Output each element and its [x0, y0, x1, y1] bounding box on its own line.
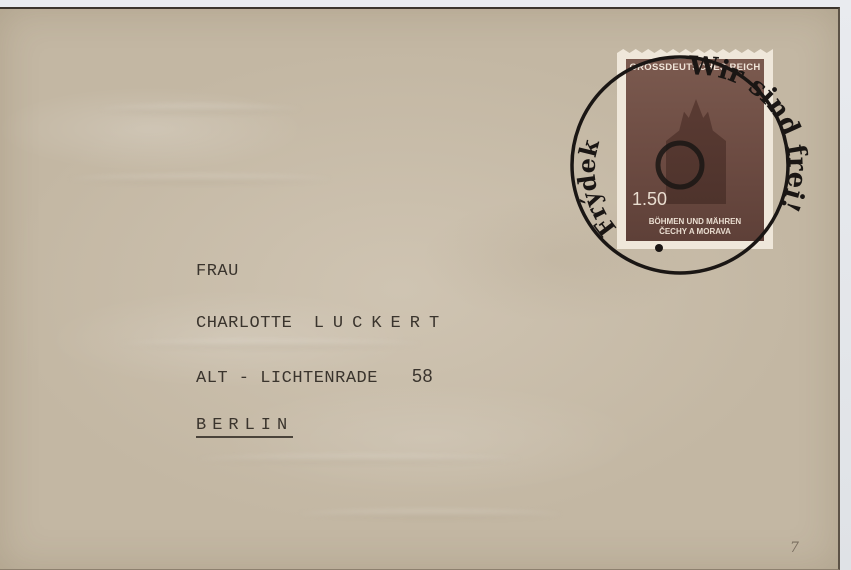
address-salutation: FRAU: [196, 262, 239, 281]
postmark-svg: Frýdek Wir sind frei!: [567, 52, 793, 278]
postmark-place: Frýdek: [572, 135, 622, 242]
pencil-mark: 7: [790, 540, 799, 556]
postmark-center-emblem-placeholder: [658, 143, 702, 187]
address-street: ALT - LICHTENRADE58: [196, 366, 433, 388]
postmark-cancellation: Frýdek Wir sind frei!: [567, 52, 793, 278]
paper-wrinkle: [70, 174, 330, 184]
paper-wrinkle: [300, 509, 560, 519]
address-first-name: CHARLOTTE: [196, 314, 292, 333]
paper-wrinkle: [100, 104, 300, 114]
postmark-bottom-emblem-placeholder: [655, 244, 663, 252]
address-last-name: LUCKERT: [314, 314, 448, 333]
address-name: CHARLOTTE LUCKERT: [196, 314, 448, 333]
paper-wrinkle: [120, 339, 420, 349]
paper-wrinkle: [200, 454, 520, 464]
address-city: BERLIN: [196, 416, 293, 438]
address-house-number: 58: [412, 366, 433, 386]
address-street-name: ALT - LICHTENRADE: [196, 369, 378, 388]
